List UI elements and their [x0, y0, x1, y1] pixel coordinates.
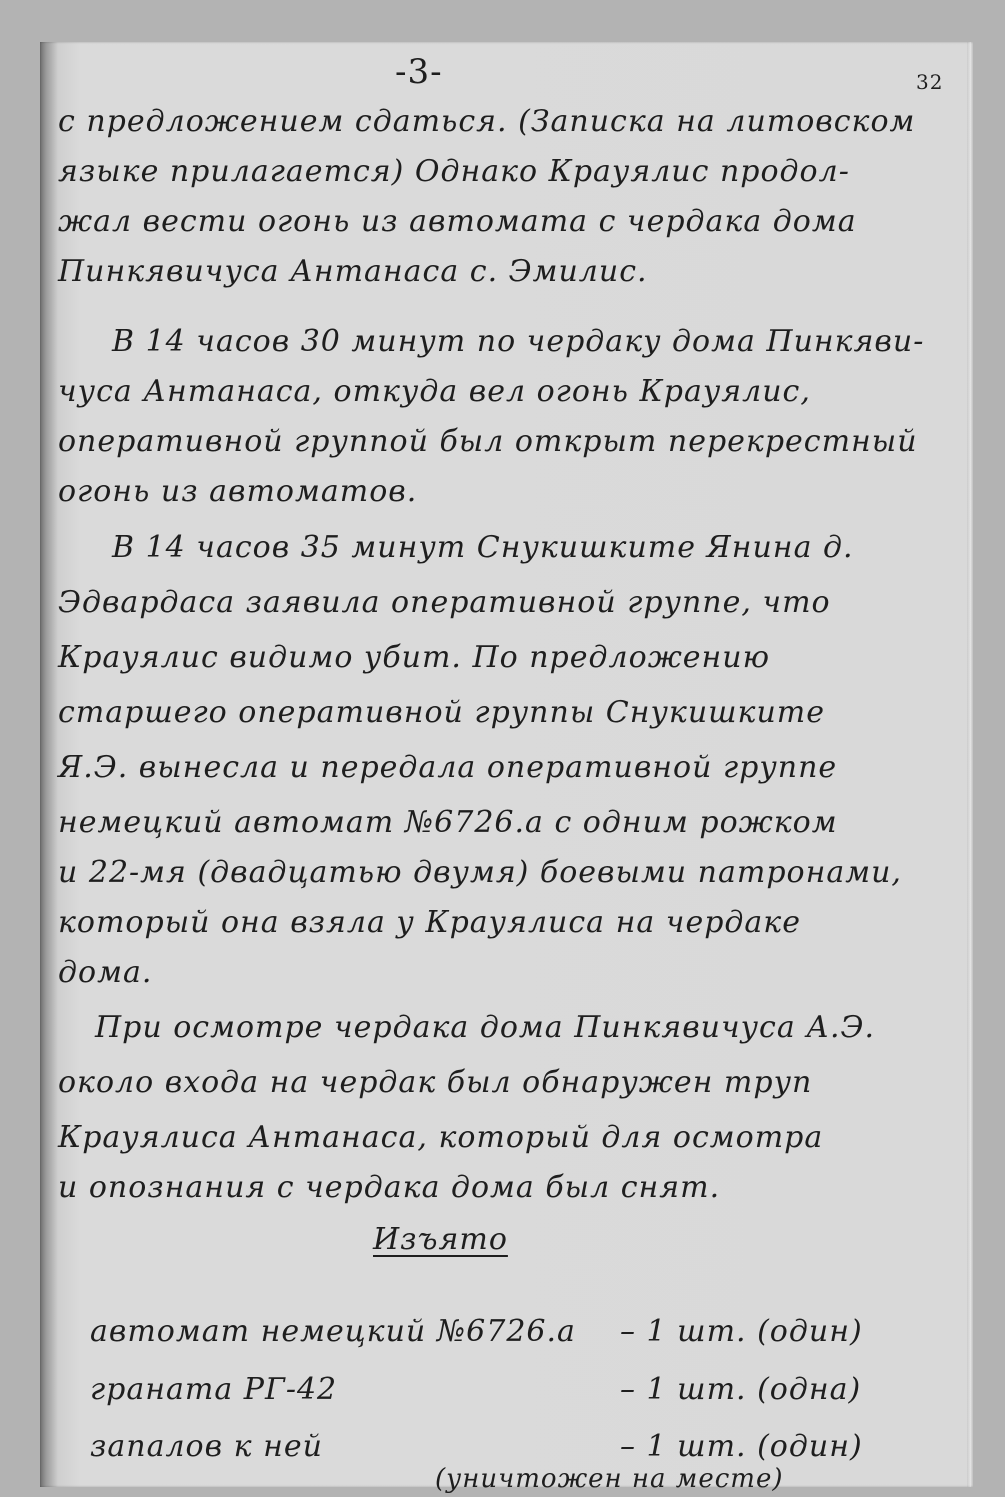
text-line: и 22-мя (двадцатью двумя) боевыми патрон… — [58, 855, 902, 890]
text-line: При осмотре чердака дома Пинкявичуса А.Э… — [95, 1010, 875, 1045]
text-line: чуса Антанаса, откуда вел огонь Крауялис… — [58, 374, 811, 409]
text-line: и опознания с чердака дома был снят. — [58, 1170, 720, 1205]
text-line: В 14 часов 35 минут Снукишките Янина д. — [112, 530, 854, 565]
text-line: с предложением сдаться. (Записка на лито… — [58, 104, 915, 139]
seized-note: (уничтожен на месте) — [435, 1464, 784, 1494]
text-line: немецкий автомат №6726.а с одним рожком — [58, 805, 838, 840]
text-line: Крауялис видимо убит. По предложению — [58, 640, 770, 675]
seized-item: автомат немецкий №6726.а — [90, 1314, 576, 1349]
text-line: Крауялиса Антанаса, который для осмотра — [58, 1120, 823, 1155]
seized-item-quantity: – 1 шт. (один) — [620, 1429, 863, 1464]
text-line: В 14 часов 30 минут по чердаку дома Пинк… — [112, 324, 924, 359]
seized-item: граната РГ-42 — [90, 1372, 337, 1407]
page-number: -3- — [395, 52, 443, 92]
text-line: языке прилагается) Однако Крауялис продо… — [58, 154, 850, 189]
seized-item: запалов к ней — [90, 1429, 323, 1464]
text-line: жал вести огонь из автомата с чердака до… — [58, 204, 857, 239]
seized-heading: Изъято — [373, 1222, 508, 1257]
text-line: Я.Э. вынесла и передала оперативной груп… — [58, 750, 837, 785]
text-line: огонь из автоматов. — [58, 474, 417, 509]
folio-number: 32 — [916, 70, 943, 94]
seized-item-quantity: – 1 шт. (одна) — [620, 1372, 861, 1407]
text-line: оперативной группой был открыт перекрест… — [58, 424, 918, 459]
text-line: дома. — [58, 955, 152, 990]
text-line: Эдвардаса заявила оперативной группе, чт… — [58, 585, 831, 620]
seized-item-quantity: – 1 шт. (один) — [620, 1314, 863, 1349]
text-line: Пинкявичуса Антанаса с. Эмилис. — [58, 254, 648, 289]
text-line: который она взяла у Крауялиса на чердаке — [58, 905, 801, 940]
text-line: около входа на чердак был обнаружен труп — [58, 1065, 812, 1100]
text-line: старшего оперативной группы Снукишките — [58, 695, 825, 730]
document-page: -3- 32 с предложением сдаться. (Записка … — [40, 42, 973, 1487]
